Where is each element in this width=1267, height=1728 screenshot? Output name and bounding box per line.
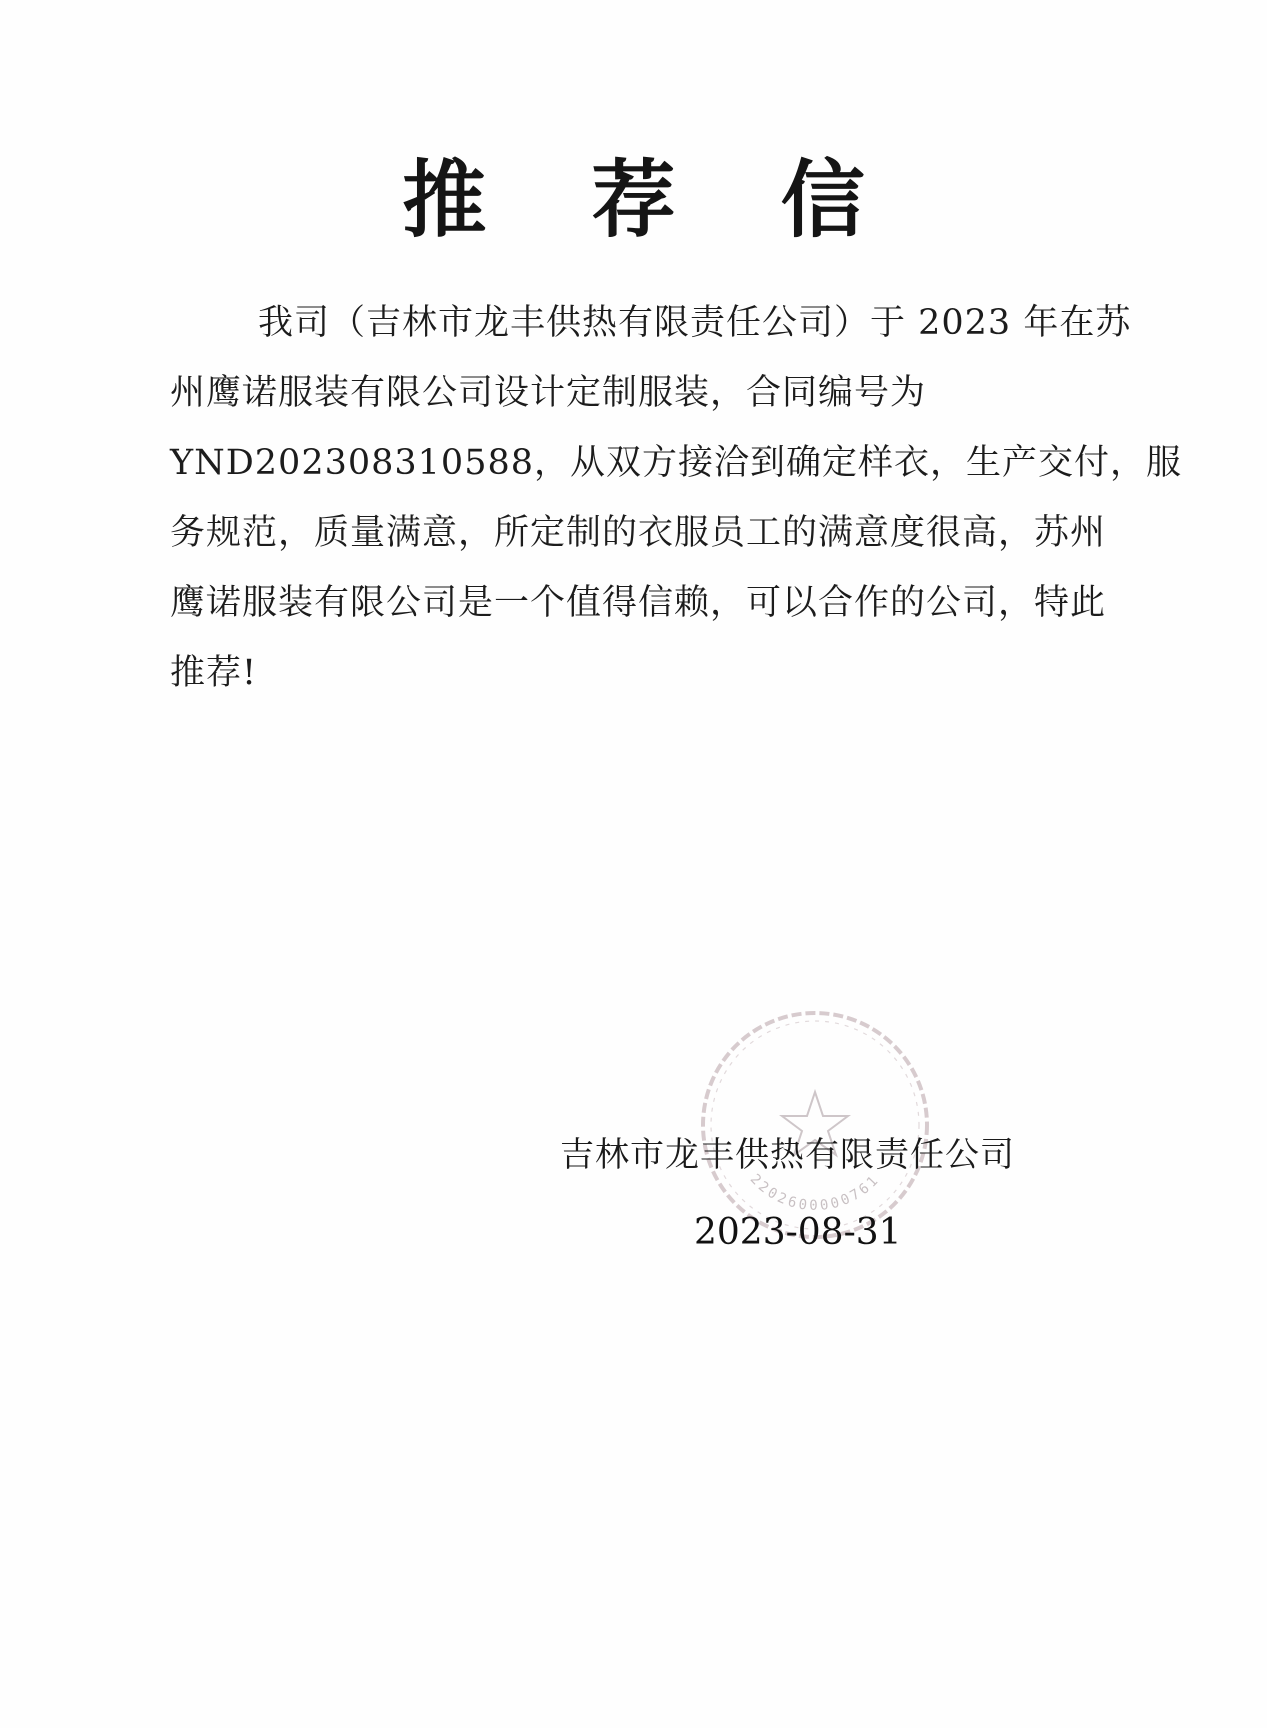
letter-body: 我司（吉林市龙丰供热有限责任公司）于 2023 年在苏 州鹰诺服装有限公司设计定… [170, 288, 1110, 708]
body-line: 推荐! [170, 638, 1110, 708]
body-line: YND202308310588，从双方接洽到确定样衣，生产交付，服 [170, 428, 1110, 498]
signature-block: 吉林市龙丰供热有限责任公司 2023-08-31 [560, 1125, 1020, 1263]
body-line: 我司（吉林市龙丰供热有限责任公司）于 2023 年在苏 [170, 288, 1110, 358]
document-title: 推 荐 信 [0, 150, 1267, 250]
body-line: 鹰诺服装有限公司是一个值得信赖，可以合作的公司，特此 [170, 568, 1110, 638]
signature-company: 吉林市龙丰供热有限责任公司 [560, 1125, 1020, 1185]
letter-page: 推 荐 信 我司（吉林市龙丰供热有限责任公司）于 2023 年在苏 州鹰诺服装有… [0, 0, 1267, 1728]
body-line: 州鹰诺服装有限公司设计定制服装，合同编号为 [170, 358, 1110, 428]
body-line: 务规范，质量满意，所定制的衣服员工的满意度很高，苏州 [170, 498, 1110, 568]
signature-date: 2023-08-31 [560, 1203, 1020, 1263]
